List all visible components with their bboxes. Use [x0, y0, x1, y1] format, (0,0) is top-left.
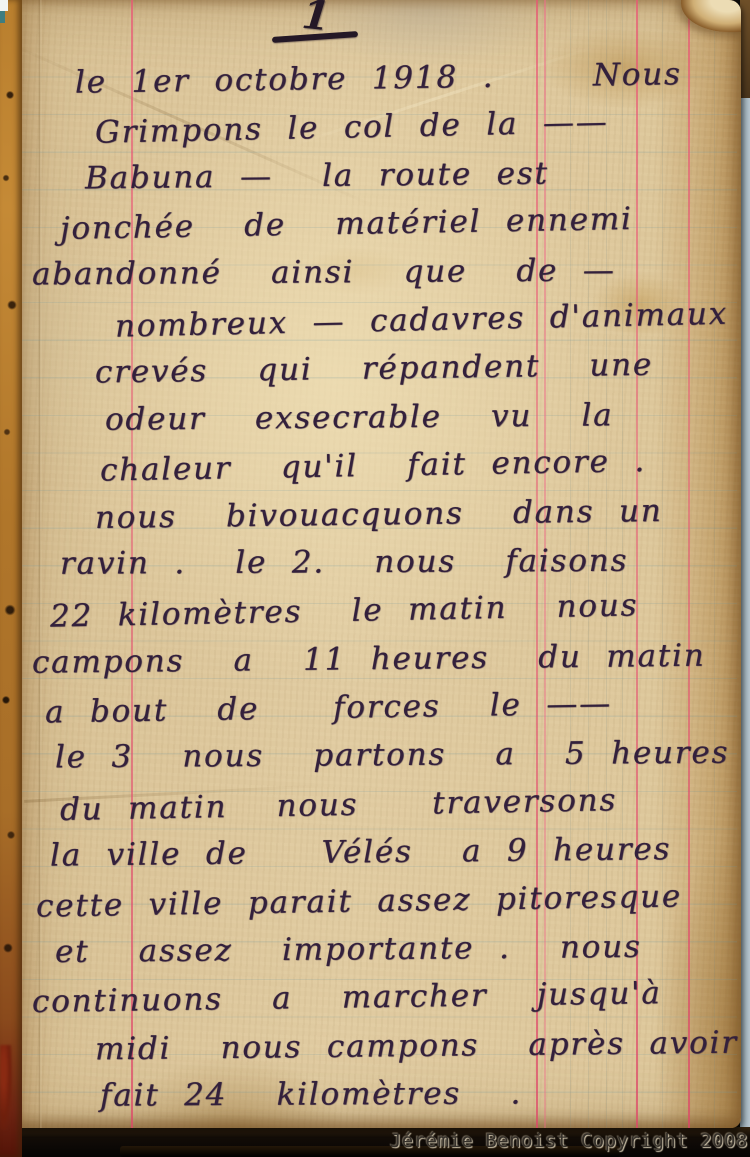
scanned-diary-photo: { "document": { "page_number": "1", "ent…: [0, 0, 750, 1157]
corner-artifact-teal: [0, 11, 5, 23]
copyright-watermark: Jérémie Benoist Copyright 2008: [390, 1130, 748, 1152]
manuscript-line: chaleur qu'il fait encore .: [100, 436, 741, 496]
manuscript-line: ravin . le 2. nous faisons: [60, 536, 741, 588]
background-strip: [740, 95, 750, 1135]
notebook-binding: [0, 0, 22, 1157]
manuscript-line: la ville de Vélés a 9 heures: [50, 825, 741, 881]
manuscript-line: abandonné ainsi que de —: [32, 245, 741, 298]
manuscript-line: odeur exsecrable vu la: [105, 390, 741, 444]
manuscript-line: jonchée de matériel ennemi: [60, 193, 741, 253]
manuscript-line: a bout de forces le ——: [45, 678, 741, 737]
manuscript-line: fait 24 kilomètres .: [100, 1069, 741, 1121]
curled-page-corner: [681, 0, 741, 32]
corner-artifact-white: [0, 0, 8, 11]
manuscript-line: nous bivouacquons dans un: [95, 486, 741, 542]
page-number: 1: [300, 0, 332, 37]
binding-red-stain: [0, 1045, 12, 1130]
manuscript-line: cette ville parait assez pitoresque: [36, 871, 741, 931]
manuscript-line: le 3 nous partons a 5 heures: [55, 729, 741, 782]
manuscript-line: continuons a marcher jusqu'à: [32, 968, 741, 1026]
book-edge-top-right: [740, 0, 750, 98]
manuscript-line: et assez importante . nous: [55, 922, 741, 976]
notebook-page: 1 le 1er octobre 1918 . NousGrimpons le …: [14, 0, 741, 1128]
manuscript-line: crevés qui répandent une: [95, 340, 741, 397]
handwritten-entry: le 1er octobre 1918 . NousGrimpons le co…: [44, 54, 741, 1119]
manuscript-line: midi nous campons après avoir: [95, 1018, 741, 1073]
